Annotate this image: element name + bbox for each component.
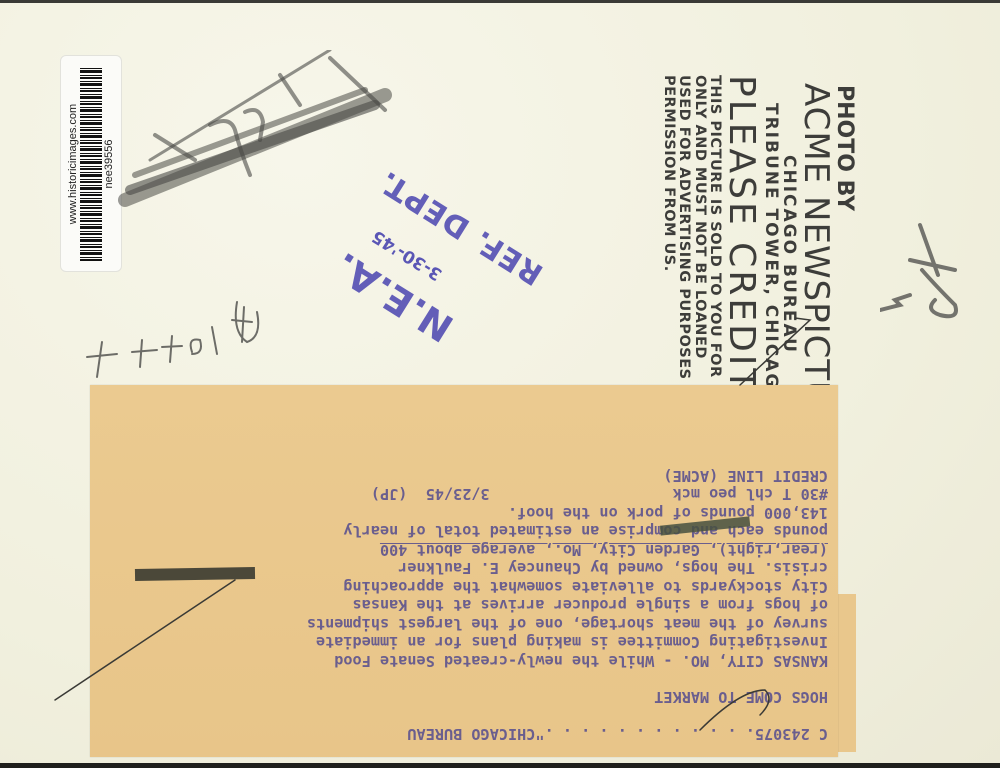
acme-terms-line: USED FOR ADVERTISING PURPOSES — [676, 75, 691, 385]
acme-credit-stamp: PHOTO BY ACME NEWSPICTURES CHICAGO BUREA… — [566, 75, 866, 385]
handwritten-note-right — [880, 210, 990, 320]
top-edge — [0, 0, 1000, 3]
ref-dept-label: REF. DEPT. — [373, 163, 549, 291]
caption-line: Investigating Committee is making plans … — [307, 633, 828, 652]
marker-stroke — [135, 567, 255, 581]
ref-dept-agency: N.E.A. — [326, 244, 461, 351]
acme-credit: PLEASE CREDIT — [722, 75, 760, 385]
handwritten-note-left — [82, 292, 282, 382]
bottom-edge — [0, 763, 1000, 768]
caption-credit-line: CREDIT LINE (ACME) — [307, 467, 828, 486]
ref-dept-stamp: REF. DEPT. 3-30-'45 N.E.A. — [318, 140, 558, 360]
barcode-site: www.historicimages.com — [67, 103, 79, 223]
caption-line: of hogs from a single producer arrives a… — [307, 596, 828, 615]
acme-photo-by: PHOTO BY — [833, 85, 856, 385]
caption-line: crisis. The hogs, owned by Chauncey E. F… — [307, 559, 828, 578]
acme-terms-line: THIS PICTURE IS SOLD TO YOU FOR — [707, 75, 722, 385]
barcode-label: www.historicimages.com nee39556 — [60, 55, 122, 272]
acme-bureau: CHICAGO BUREAU — [779, 155, 797, 385]
caption-line: survey of the meat shortage, one of the … — [307, 615, 828, 634]
caption-line: 143,000 pounds of pork on the hoof. — [307, 504, 828, 523]
barcode-icon — [80, 66, 102, 261]
caption-headline: HOGS COME TO MARKET — [307, 688, 828, 707]
acme-terms-line: ONLY AND MUST NOT BE LOANED — [691, 75, 706, 385]
acme-terms-line: PERMISSION FROM US. — [661, 75, 676, 385]
caption-slug-line: #30 T chl peo mck 3/23/45 (JP) — [307, 485, 828, 504]
acme-address: TRIBUNE TOWER, CHICAGO — [762, 103, 780, 385]
caption-line: KANSAS CITY, MO. - While the newly-creat… — [307, 652, 828, 671]
barcode-id: nee39556 — [103, 139, 115, 188]
caption-line: C 243075. . . . . . . . . . . ."CHICAGO … — [307, 725, 828, 744]
acme-agency: ACME NEWSPICTURES — [797, 83, 833, 385]
caption-line: City stockyards to alleviate somewhat th… — [307, 578, 828, 597]
caption-line: (rear,right), Garden City, Mo., average … — [307, 541, 828, 560]
